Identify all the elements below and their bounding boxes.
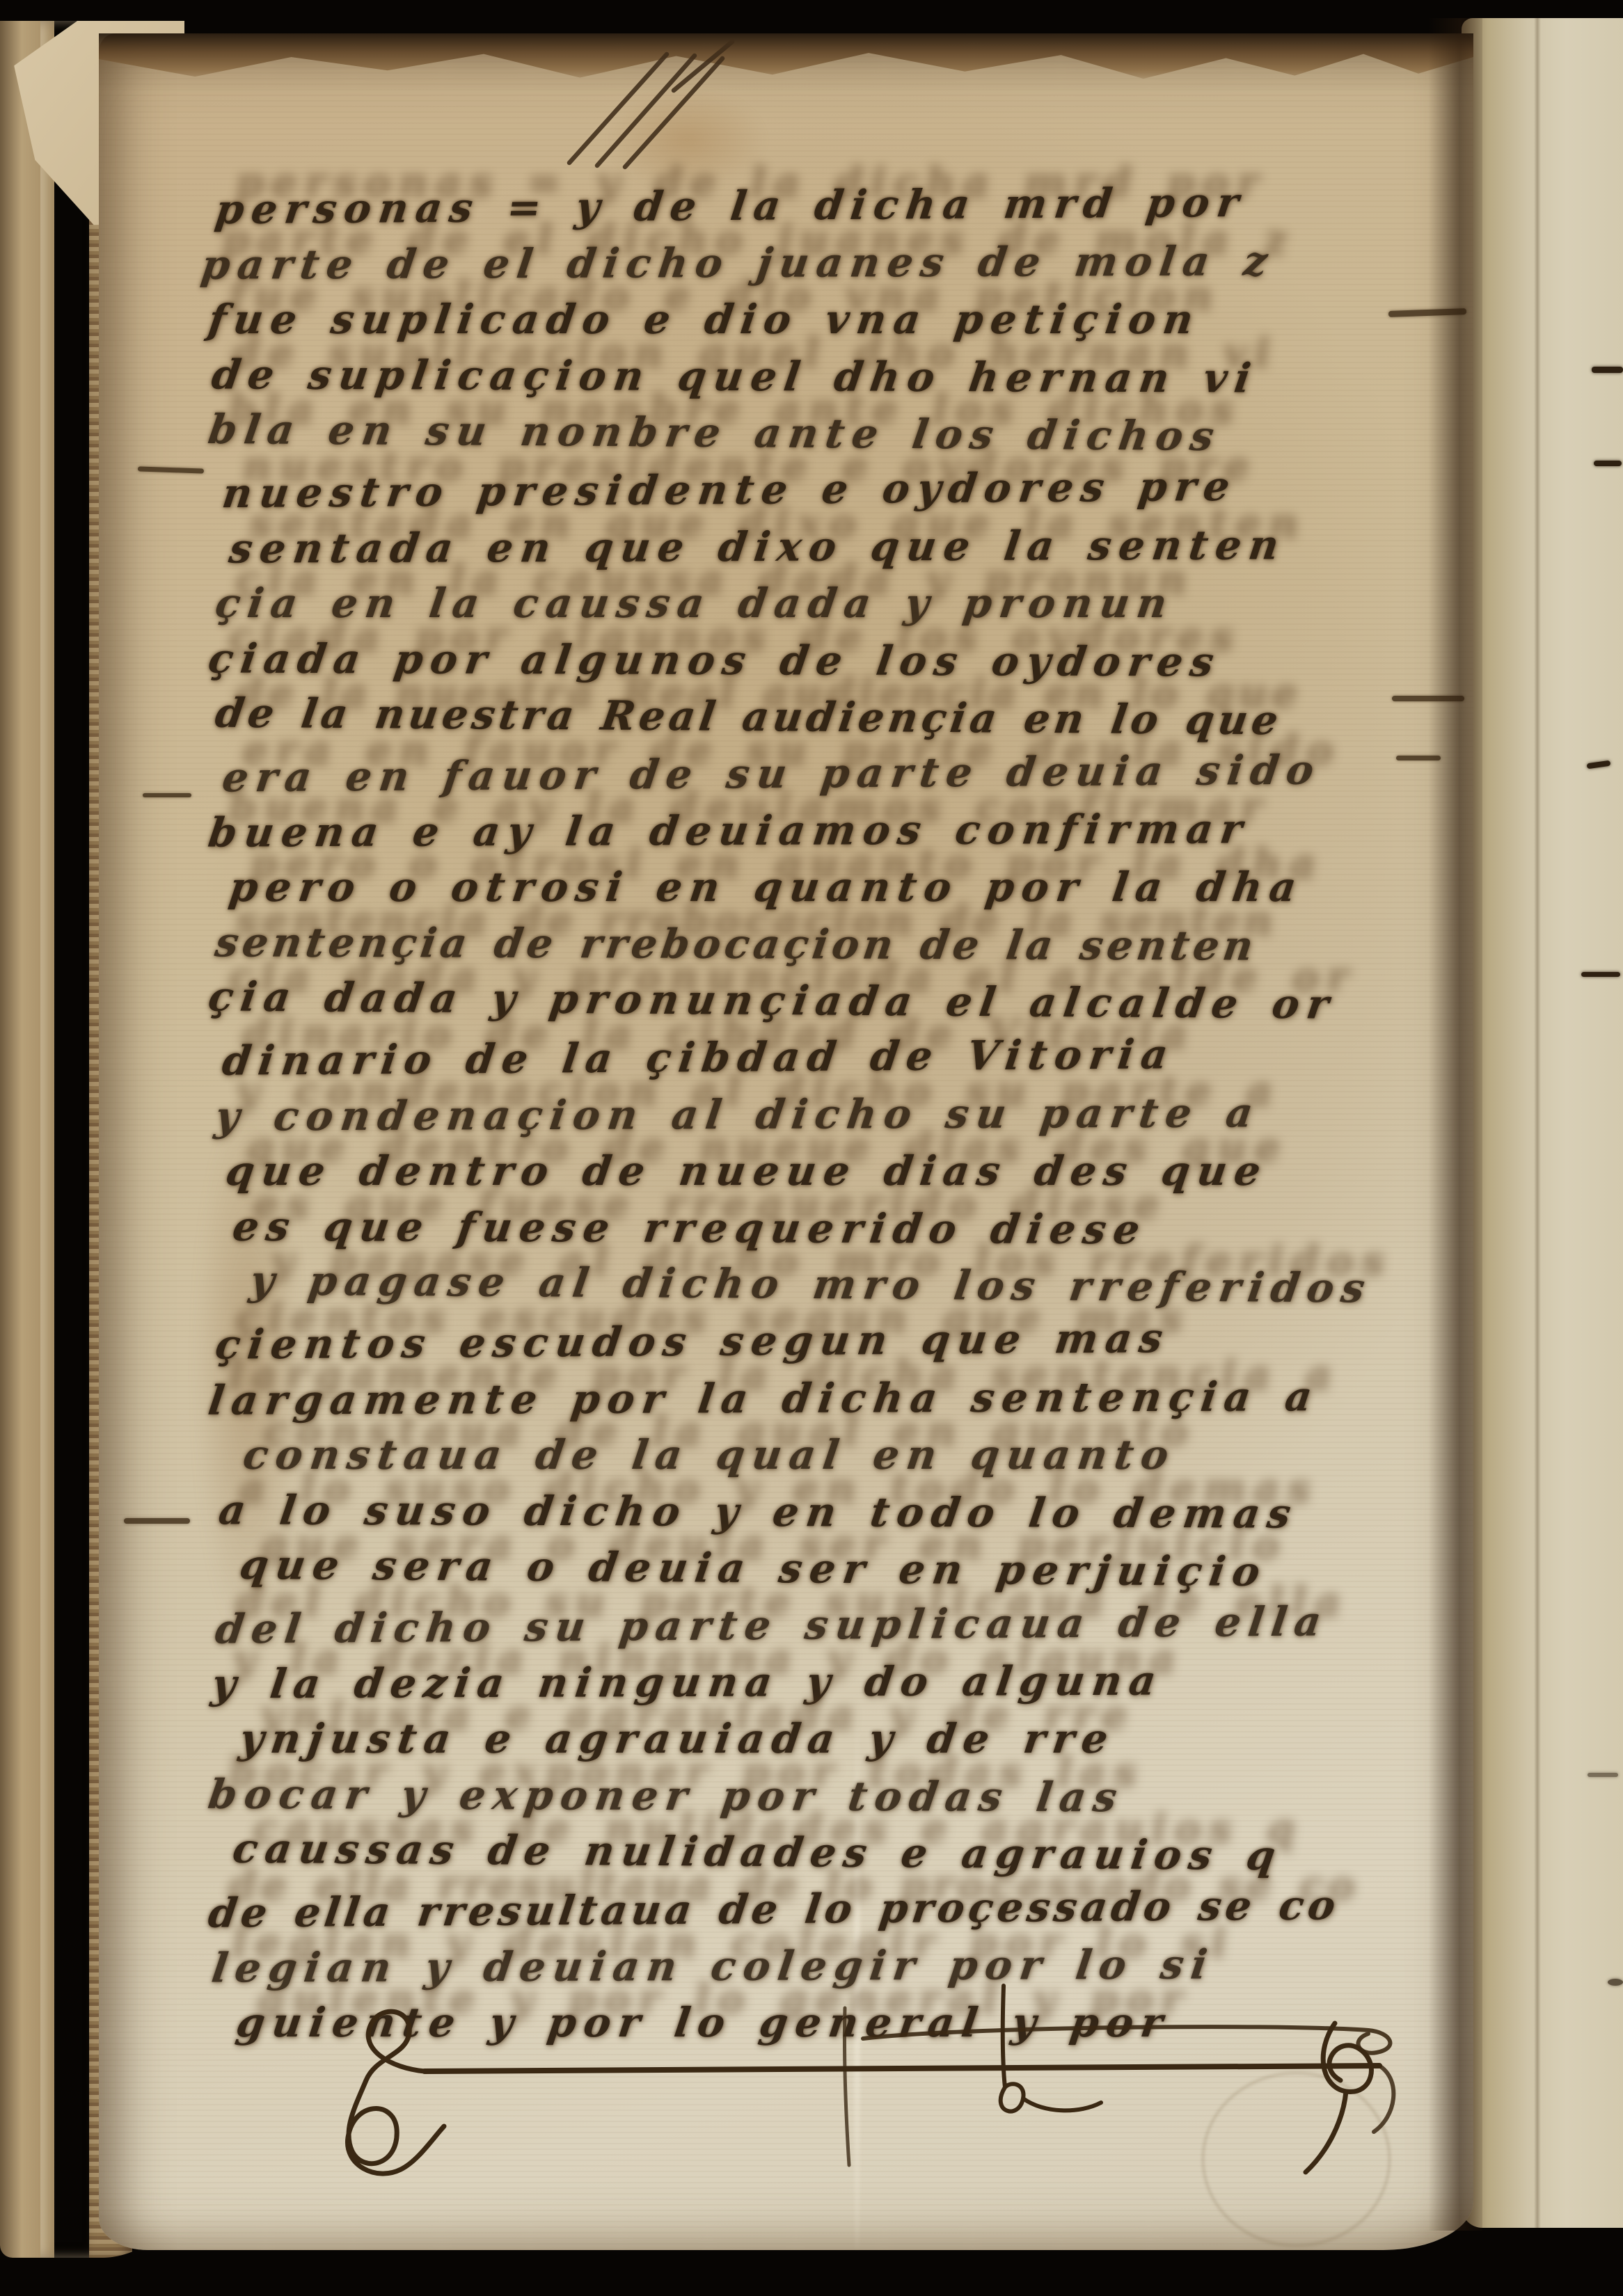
ink-dash bbox=[1587, 760, 1611, 770]
laid-paper-texture bbox=[99, 33, 1473, 2250]
margin-dash bbox=[124, 1518, 190, 1524]
ink-dash bbox=[1594, 461, 1622, 466]
facing-page-edge bbox=[1462, 18, 1623, 2228]
calligraphic-flourish bbox=[327, 1983, 1455, 2219]
margin-dash bbox=[143, 793, 191, 797]
ink-dash bbox=[1581, 972, 1620, 977]
gutter-shadow bbox=[1428, 18, 1482, 2231]
ink-dash bbox=[1592, 367, 1623, 373]
manuscript-photograph: personas = y de la dicha mrd porpersonas… bbox=[0, 0, 1623, 2296]
pen-slash-marks bbox=[557, 36, 766, 175]
manuscript-page bbox=[99, 33, 1473, 2250]
ink-dash bbox=[1588, 1773, 1618, 1777]
paper-crease bbox=[1534, 18, 1541, 2228]
paper-stain bbox=[196, 1098, 301, 1641]
ink-dash bbox=[1608, 1979, 1623, 1986]
paper-stain bbox=[415, 359, 434, 377]
